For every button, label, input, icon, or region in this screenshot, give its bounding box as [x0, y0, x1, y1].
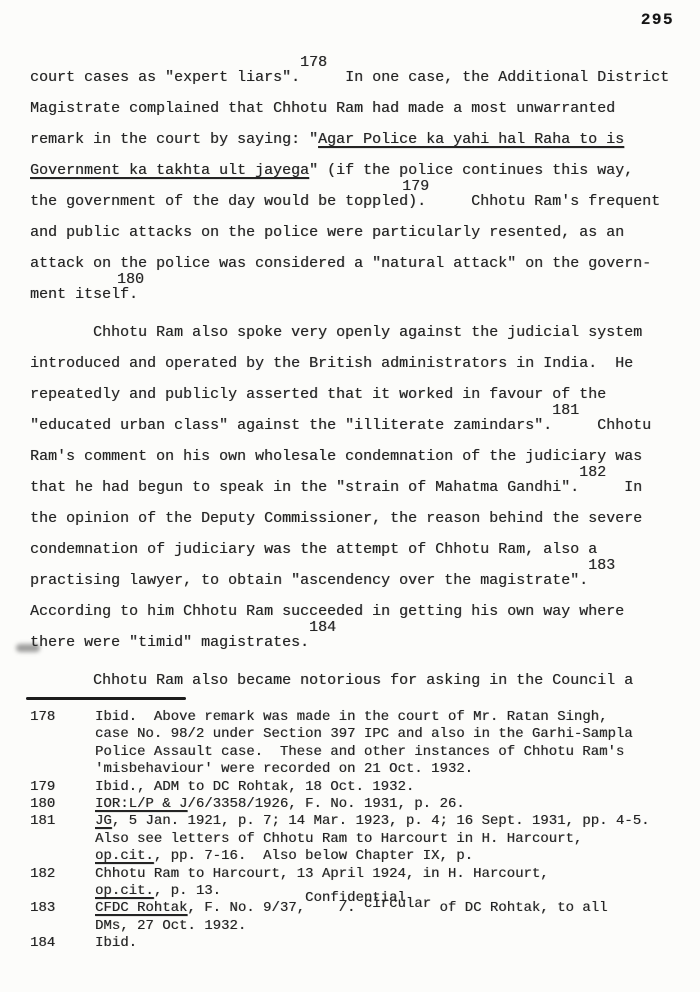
footnote-text: IOR:L/P & J/6/3358/1926, F. No. 1931, p.…: [95, 796, 692, 813]
text-line: Police Assault case. These and other ins…: [95, 744, 692, 761]
text-line: Chhotu Ram to Harcourt, 13 April 1924, i…: [95, 866, 692, 883]
text-segment: Chhotu Ram also became notorious for ask…: [30, 672, 633, 689]
text-line: ment itself.180: [30, 279, 692, 310]
text-segment: DMs, 27 Oct. 1932.: [95, 918, 246, 934]
text-line: 'misbehaviour' were recorded on 21 Oct. …: [95, 761, 692, 778]
text-line: CFDC Rohtak, F. No. 9/37, /. circular of…: [95, 900, 692, 917]
paragraph: Chhotu Ram also became notorious for ask…: [30, 665, 692, 696]
footnote-number: 183: [30, 900, 95, 935]
text-segment: attack on the police was considered a "n…: [30, 255, 651, 272]
footnote-ref: 180: [117, 271, 144, 288]
footnote-ref: 179: [402, 178, 429, 195]
underlined-text: CFDC Rohtak: [95, 900, 187, 916]
text-segment: , 5 Jan. 1921, p. 7; 14 Mar. 1923, p. 4;…: [112, 813, 650, 829]
text-line: case No. 98/2 under Section 397 IPC and …: [95, 726, 692, 743]
text-segment: Police Assault case. These and other ins…: [95, 744, 624, 760]
text-line: Magistrate complained that Chhotu Ram ha…: [30, 93, 692, 124]
footnote-ref: 184: [309, 619, 336, 636]
text-segment: In one case, the Additional District: [327, 69, 669, 86]
footnote-number: 184: [30, 935, 95, 952]
text-line: DMs, 27 Oct. 1932.: [95, 918, 692, 935]
footnote: 182Chhotu Ram to Harcourt, 13 April 1924…: [30, 866, 692, 901]
text-line: According to him Chhotu Ram succeeded in…: [30, 596, 692, 627]
text-segment: of DC Rohtak, to all: [431, 900, 607, 916]
text-segment: Ibid.: [95, 935, 137, 951]
footnote-separator: [26, 697, 186, 700]
footnote-number: 180: [30, 796, 95, 813]
text-segment: According to him Chhotu Ram succeeded in…: [30, 603, 624, 620]
footnotes: 178Ibid. Above remark was made in the co…: [30, 709, 692, 953]
footnote-text: Ibid.: [95, 935, 692, 952]
text-segment: introduced and operated by the British a…: [30, 355, 633, 372]
footnote-number: 182: [30, 866, 95, 901]
text-line: that he had begun to speak in the "strai…: [30, 472, 692, 503]
text-segment: there were "timid" magistrates.: [30, 634, 309, 651]
footnote-text: JG, 5 Jan. 1921, p. 7; 14 Mar. 1923, p. …: [95, 813, 692, 865]
text-line: the opinion of the Deputy Commissioner, …: [30, 503, 692, 534]
text-segment: "educated urban class" against the "illi…: [30, 417, 552, 434]
text-line: Also see letters of Chhotu Ram to Harcou…: [95, 831, 692, 848]
text-line: remark in the court by saying: "Agar Pol…: [30, 124, 692, 155]
text-line: repeatedly and publicly asserted that it…: [30, 379, 692, 410]
text-segment: remark in the court by saying: ": [30, 131, 318, 148]
text-segment: case No. 98/2 under Section 397 IPC and …: [95, 726, 633, 742]
text-segment: Magistrate complained that Chhotu Ram ha…: [30, 100, 615, 117]
text-line: IOR:L/P & J/6/3358/1926, F. No. 1931, p.…: [95, 796, 692, 813]
text-segment: 'misbehaviour' were recorded on 21 Oct. …: [95, 761, 473, 777]
footnote-ref: 183: [588, 557, 615, 574]
underlined-text: op.cit.: [95, 848, 154, 864]
footnote-ref: 182: [579, 464, 606, 481]
underlined-text: JG: [95, 813, 112, 829]
text-segment: and public attacks on the police were pa…: [30, 224, 624, 241]
text-segment: , pp. 7-16. Also below Chapter IX, p.: [154, 848, 473, 864]
text-line: Ibid.: [95, 935, 692, 952]
text-line: and public attacks on the police were pa…: [30, 217, 692, 248]
footnote-number: 179: [30, 779, 95, 796]
text-line: practising lawyer, to obtain "ascendency…: [30, 565, 692, 596]
text-line: Ibid., ADM to DC Rohtak, 18 Oct. 1932.: [95, 779, 692, 796]
footnote: 184Ibid.: [30, 935, 692, 952]
text-segment: Chhotu: [579, 417, 651, 434]
paragraph: Chhotu Ram also spoke very openly agains…: [30, 317, 692, 658]
text-segment: court cases as "expert liars".: [30, 69, 300, 86]
text-segment: Chhotu Ram's frequent: [453, 193, 660, 210]
text-segment: Chhotu Ram also spoke very openly agains…: [30, 324, 642, 341]
text-line: the government of the day would be toppl…: [30, 186, 692, 217]
text-line: court cases as "expert liars".178 In one…: [30, 62, 692, 93]
text-line: op.cit., pp. 7-16. Also below Chapter IX…: [95, 848, 692, 865]
text-segment: repeatedly and publicly asserted that it…: [30, 386, 606, 403]
footnote-ref: 181: [552, 402, 579, 419]
footnote-number: 181: [30, 813, 95, 865]
ink-smudge: [16, 644, 40, 652]
text-line: JG, 5 Jan. 1921, p. 7; 14 Mar. 1923, p. …: [95, 813, 692, 830]
text-line: Government ka takhta ult jayega" (if the…: [30, 155, 692, 186]
text-segment: Ram's comment on his own wholesale conde…: [30, 448, 642, 465]
text-segment: , p. 13.: [154, 883, 221, 899]
text-segment: that he had begun to speak in the "strai…: [30, 479, 579, 496]
text-segment: /6/3358/1926, F. No. 1931, p. 26.: [187, 796, 464, 812]
footnote: 179Ibid., ADM to DC Rohtak, 18 Oct. 1932…: [30, 779, 692, 796]
text-segment: Ibid., ADM to DC Rohtak, 18 Oct. 1932.: [95, 779, 414, 795]
paragraph: court cases as "expert liars".178 In one…: [30, 62, 692, 310]
text-segment: condemnation of judiciary was the attemp…: [30, 541, 597, 558]
text-segment: ment itself.: [30, 286, 138, 303]
footnote-text: CFDC Rohtak, F. No. 9/37, /. circular of…: [95, 900, 692, 935]
text-line: there were "timid" magistrates.184: [30, 627, 692, 658]
text-line: "educated urban class" against the "illi…: [30, 410, 692, 441]
footnote-text: Ibid., ADM to DC Rohtak, 18 Oct. 1932.: [95, 779, 692, 796]
footnote: 180IOR:L/P & J/6/3358/1926, F. No. 1931,…: [30, 796, 692, 813]
body-text: court cases as "expert liars".178 In one…: [30, 62, 692, 696]
text-segment: practising lawyer, to obtain "ascendency…: [30, 572, 588, 589]
text-segment: In: [606, 479, 642, 496]
text-segment: Ibid. Above remark was made in the court…: [95, 709, 607, 725]
text-segment: " (if the police continues this way,: [309, 162, 633, 179]
text-line: Ibid. Above remark was made in the court…: [95, 709, 692, 726]
footnote-text: Ibid. Above remark was made in the court…: [95, 709, 692, 779]
footnote-number: 178: [30, 709, 95, 779]
underlined-text: Agar Police ka yahi hal Raha to is: [318, 131, 624, 148]
underlined-text: Government ka takhta ult jayega: [30, 162, 309, 179]
underlined-text: IOR:L/P & J: [95, 796, 187, 812]
text-segment: the opinion of the Deputy Commissioner, …: [30, 510, 642, 527]
underlined-text: op.cit.: [95, 883, 154, 899]
footnote: 178Ibid. Above remark was made in the co…: [30, 709, 692, 779]
text-segment: [221, 883, 305, 899]
text-segment: Chhotu Ram to Harcourt, 13 April 1924, i…: [95, 866, 549, 882]
text-segment: Also see letters of Chhotu Ram to Harcou…: [95, 831, 582, 847]
page-number: 295: [641, 11, 674, 29]
text-line: Chhotu Ram also became notorious for ask…: [30, 665, 692, 696]
text-line: introduced and operated by the British a…: [30, 348, 692, 379]
footnote-ref: 178: [300, 54, 327, 71]
text-line: Chhotu Ram also spoke very openly agains…: [30, 317, 692, 348]
text-segment: the government of the day would be toppl…: [30, 193, 426, 210]
footnote: 181JG, 5 Jan. 1921, p. 7; 14 Mar. 1923, …: [30, 813, 692, 865]
text-segment: circular: [364, 896, 431, 912]
